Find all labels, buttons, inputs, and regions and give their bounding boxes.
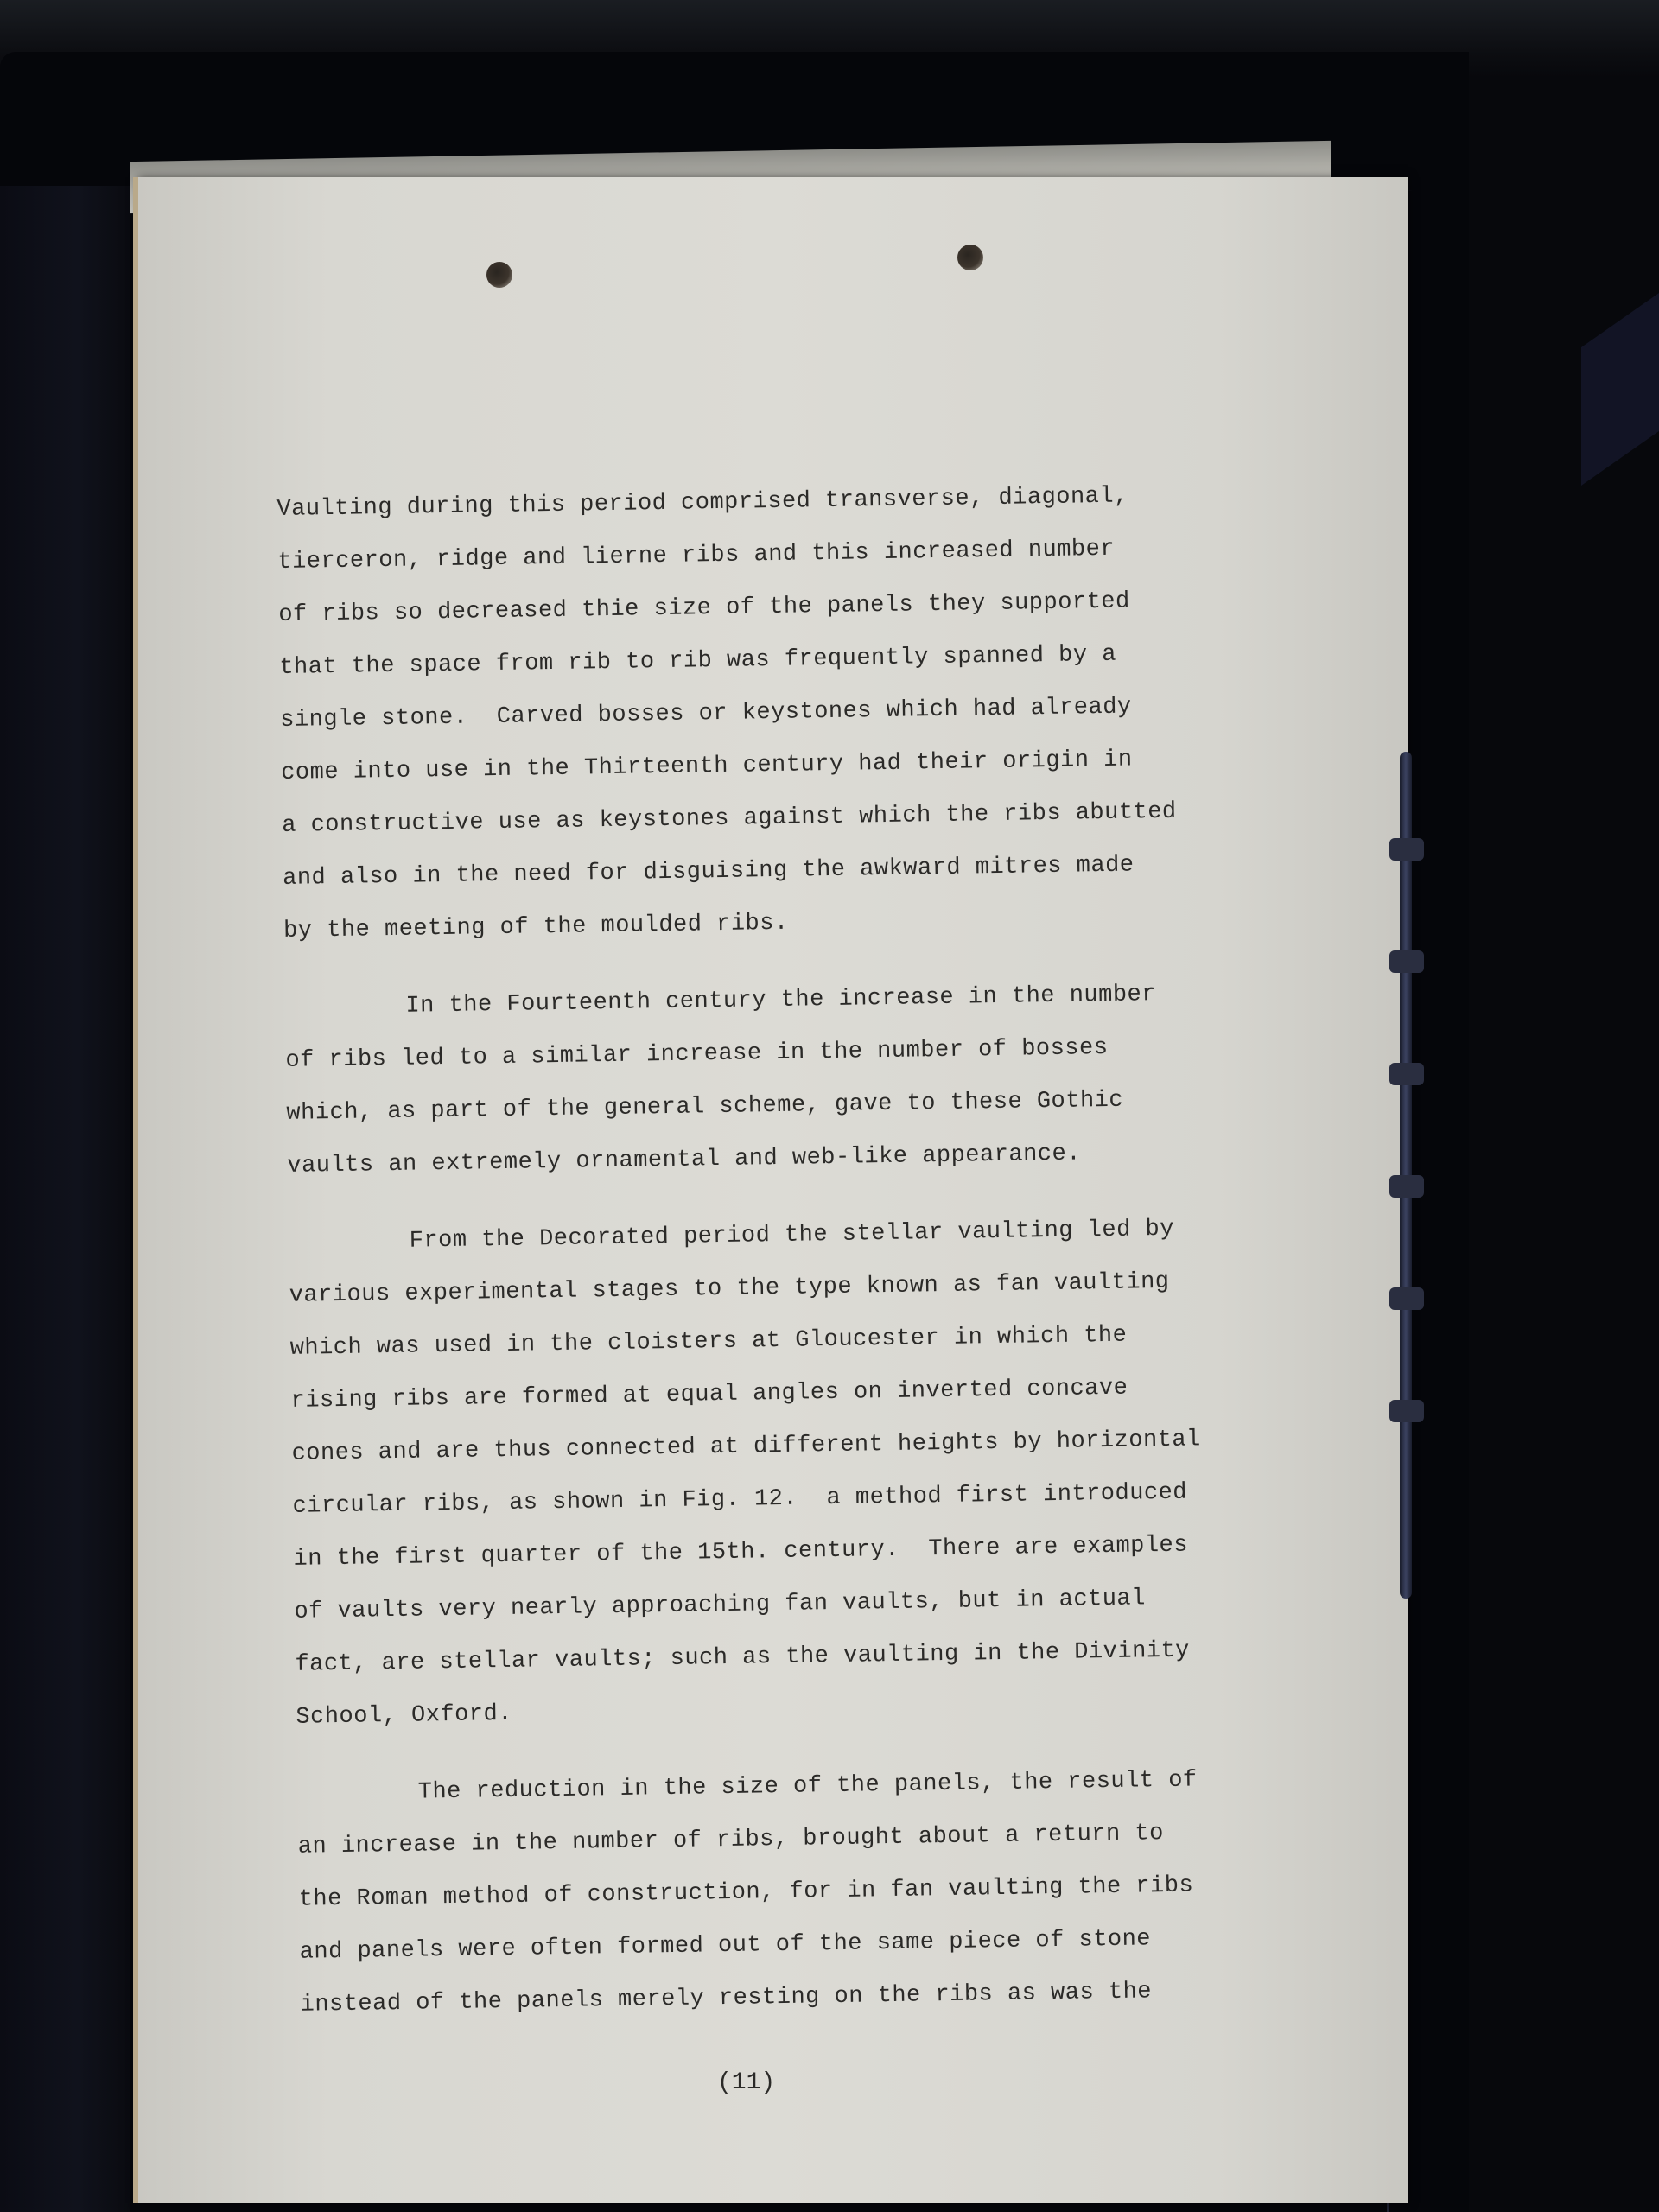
- spine-ring: [1389, 950, 1424, 973]
- paragraph: Vaulting during this period comprised tr…: [276, 467, 1303, 957]
- spine-ring: [1389, 1175, 1424, 1198]
- spine-ring: [1389, 1400, 1424, 1422]
- spine-ring: [1389, 1287, 1424, 1310]
- spine-ring: [1389, 1063, 1424, 1085]
- binder-left-edge: [0, 186, 130, 2212]
- punch-hole-icon: [486, 262, 512, 288]
- punch-hole-icon: [957, 245, 983, 270]
- binder-flap: [1581, 275, 1659, 486]
- document-body: Vaulting during this period comprised tr…: [276, 467, 1320, 2056]
- spine-ring: [1389, 838, 1424, 861]
- paragraph: From the Decorated period the stellar va…: [288, 1201, 1315, 1744]
- page-number: (11): [717, 2069, 775, 2096]
- paragraph: The reduction in the size of the panels,…: [296, 1752, 1320, 2031]
- binder-spine: [1382, 752, 1426, 1599]
- paragraph: In the Fourteenth century the increase i…: [284, 966, 1307, 1193]
